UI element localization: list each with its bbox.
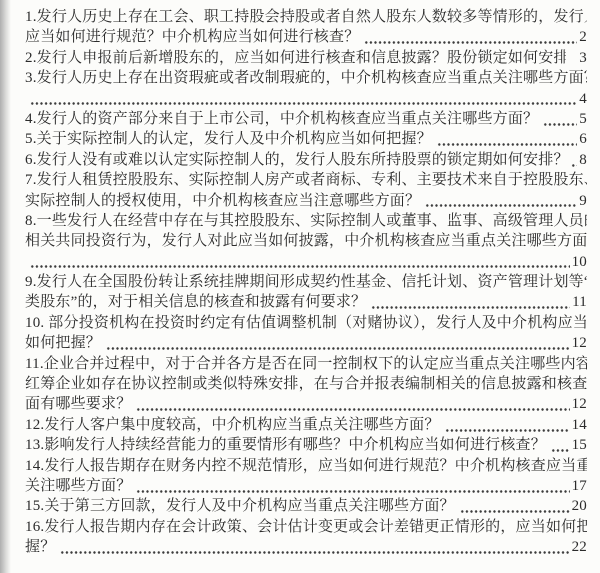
toc-entry-text: 5.关于实际控制人的认定，发行人及中介机构应当如何把握？ bbox=[25, 129, 432, 149]
document-page: 1.发行人历史上存在工会、职工持股会持股或者自然人股东人数较多等情形的，发行人应… bbox=[0, 0, 600, 573]
dot-leader bbox=[60, 537, 569, 557]
dot-leader bbox=[30, 252, 570, 272]
dot-leader bbox=[106, 333, 570, 353]
page-number: 3 bbox=[579, 48, 587, 68]
toc-line: 应当如何进行规范？中介机构应当如何进行核查？2 bbox=[25, 27, 587, 47]
toc-line: 14.发行人报告期存在财务内控不规范情形，应当如何进行规范？中介机构核查应当重点 bbox=[25, 456, 587, 476]
page-number: 5 bbox=[579, 109, 587, 129]
toc-entry: 3.发行人历史上存在出资瑕疵或者改制瑕疵的，中介机构核查应当重点关注哪些方面？4 bbox=[25, 68, 587, 109]
toc-entry: 4.发行人的资产部分来自于上市公司，中介机构核查应当重点关注哪些方面？5 bbox=[25, 109, 587, 129]
toc-line: 如何把握？12 bbox=[25, 333, 587, 353]
toc-line: 15.关于第三方回款，发行人及中介机构应当重点关注哪些方面？20 bbox=[25, 496, 587, 516]
toc-line: 10. 部分投资机构在投资时约定有估值调整机制（对赌协议），发行人及中介机构应当 bbox=[25, 313, 587, 333]
toc-entry: 5.关于实际控制人的认定，发行人及中介机构应当如何把握？6 bbox=[25, 129, 587, 149]
toc-entry: 7.发行人租赁控股股东、实际控制人房产或者商标、专利、主要技术来自于控股股东、实… bbox=[25, 170, 587, 211]
toc-line: 16.发行人报告期内存在会计政策、会计估计变更或会计差错更正情形的，应当如何把 bbox=[25, 517, 587, 537]
page-number: 15 bbox=[572, 435, 587, 455]
toc-entry-text: 实际控制人的授权使用，中介机构核查应当注意哪些方面？ bbox=[25, 191, 420, 211]
dot-leader bbox=[136, 394, 569, 414]
dot-leader bbox=[460, 496, 570, 516]
dot-leader bbox=[551, 435, 570, 455]
page-number: 11 bbox=[572, 292, 587, 312]
toc-entry-text: 12.发行人客户集中度较高，中介机构应当重点关注哪些方面？ bbox=[25, 415, 440, 435]
toc-entry: 12.发行人客户集中度较高，中介机构应当重点关注哪些方面？14 bbox=[25, 415, 587, 435]
toc-line: 9.发行人在全国股份转让系统挂牌期间形成契约性基金、信托计划、资产管理计划等“三 bbox=[25, 272, 587, 292]
toc-entry-text: 13.影响发行人持续经营能力的重要情形有哪些？中介机构应当如何进行核查？ bbox=[25, 435, 546, 455]
page-number: 6 bbox=[579, 129, 587, 149]
page-number: 20 bbox=[572, 496, 587, 516]
dot-leader bbox=[136, 476, 569, 496]
toc-line: 6.发行人没有或难以认定实际控制人的，发行人股东所持股票的锁定期如何安排？8 bbox=[25, 150, 587, 170]
toc-entry: 11.企业合并过程中，对于合并各方是否在同一控制权下的认定应当重点关注哪些内容？… bbox=[25, 354, 587, 415]
toc-line: 握？22 bbox=[25, 537, 587, 557]
toc-entry: 2.发行人申报前后新增股东的，应当如何进行核查和信息披露？股份锁定如何安排？3 bbox=[25, 48, 587, 68]
dot-leader bbox=[437, 129, 577, 149]
page-number: 2 bbox=[579, 27, 587, 47]
page-number: 10 bbox=[572, 252, 587, 272]
toc-entry: 13.影响发行人持续经营能力的重要情形有哪些？中介机构应当如何进行核查？15 bbox=[25, 435, 587, 455]
toc-line: 13.影响发行人持续经营能力的重要情形有哪些？中介机构应当如何进行核查？15 bbox=[25, 435, 587, 455]
toc-entry-text: 关注哪些方面？ bbox=[25, 476, 131, 496]
page-edge-shadow bbox=[0, 0, 11, 573]
toc-line: 4.发行人的资产部分来自于上市公司，中介机构核查应当重点关注哪些方面？5 bbox=[25, 109, 587, 129]
dot-leader bbox=[543, 109, 577, 129]
table-of-contents: 1.发行人历史上存在工会、职工持股会持股或者自然人股东人数较多等情形的，发行人应… bbox=[25, 7, 587, 558]
toc-entry: 14.发行人报告期存在财务内控不规范情形，应当如何进行规范？中介机构核查应当重点… bbox=[25, 456, 587, 497]
toc-line: 12.发行人客户集中度较高，中介机构应当重点关注哪些方面？14 bbox=[25, 415, 587, 435]
toc-entry: 10. 部分投资机构在投资时约定有估值调整机制（对赌协议），发行人及中介机构应当… bbox=[25, 313, 587, 354]
dot-leader bbox=[445, 415, 570, 435]
toc-line: 4 bbox=[25, 89, 587, 109]
page-number: 12 bbox=[572, 333, 587, 353]
toc-entry-text: 4.发行人的资产部分来自于上市公司，中介机构核查应当重点关注哪些方面？ bbox=[25, 109, 538, 129]
toc-entry: 8.一些发行人在经营中存在与其控股股东、实际控制人或董事、监事、高级管理人员的相… bbox=[25, 211, 587, 272]
toc-entry: 9.发行人在全国股份转让系统挂牌期间形成契约性基金、信托计划、资产管理计划等“三… bbox=[25, 272, 587, 313]
dot-leader bbox=[364, 27, 577, 47]
toc-entry: 1.发行人历史上存在工会、职工持股会持股或者自然人股东人数较多等情形的，发行人应… bbox=[25, 7, 587, 48]
toc-line: 2.发行人申报前后新增股东的，应当如何进行核查和信息披露？股份锁定如何安排？3 bbox=[25, 48, 587, 68]
toc-entry-text: 类股东”的，对于相关信息的核查和披露有何要求？ bbox=[25, 292, 366, 312]
toc-entry-text: 2.发行人申报前后新增股东的，应当如何进行核查和信息披露？股份锁定如何安排？ bbox=[25, 48, 566, 68]
toc-line: 1.发行人历史上存在工会、职工持股会持股或者自然人股东人数较多等情形的，发行人 bbox=[25, 7, 587, 27]
toc-line: 8.一些发行人在经营中存在与其控股股东、实际控制人或董事、监事、高级管理人员的 bbox=[25, 211, 587, 231]
dot-leader bbox=[571, 48, 577, 68]
page-number: 4 bbox=[579, 89, 587, 109]
toc-entry: 15.关于第三方回款，发行人及中介机构应当重点关注哪些方面？20 bbox=[25, 496, 587, 516]
toc-entry: 16.发行人报告期内存在会计政策、会计估计变更或会计差错更正情形的，应当如何把握… bbox=[25, 517, 587, 558]
toc-entry-text: 如何把握？ bbox=[25, 333, 101, 353]
page-number: 8 bbox=[579, 150, 587, 170]
toc-line: 类股东”的，对于相关信息的核查和披露有何要求？11 bbox=[25, 292, 587, 312]
dot-leader bbox=[571, 150, 577, 170]
dot-leader bbox=[371, 292, 570, 312]
toc-line: 面有哪些要求？12 bbox=[25, 394, 587, 414]
toc-line: 实际控制人的授权使用，中介机构核查应当注意哪些方面？9 bbox=[25, 191, 587, 211]
toc-line: 关注哪些方面？17 bbox=[25, 476, 587, 496]
toc-entry: 6.发行人没有或难以认定实际控制人的，发行人股东所持股票的锁定期如何安排？8 bbox=[25, 150, 587, 170]
toc-line: 红筹企业如存在协议控制或类似特殊安排，在与合并报表编制相关的信息披露和核查方 bbox=[25, 374, 587, 394]
toc-entry-text: 应当如何进行规范？中介机构应当如何进行核查？ bbox=[25, 27, 359, 47]
page-number: 17 bbox=[572, 476, 587, 496]
page-number: 14 bbox=[572, 415, 587, 435]
toc-entry-text: 握？ bbox=[25, 537, 55, 557]
toc-line: 7.发行人租赁控股股东、实际控制人房产或者商标、专利、主要技术来自于控股股东、 bbox=[25, 170, 587, 190]
toc-line: 10 bbox=[25, 252, 587, 272]
toc-entry-text: 15.关于第三方回款，发行人及中介机构应当重点关注哪些方面？ bbox=[25, 496, 455, 516]
toc-line: 11.企业合并过程中，对于合并各方是否在同一控制权下的认定应当重点关注哪些内容？ bbox=[25, 354, 587, 374]
dot-leader bbox=[30, 89, 577, 109]
toc-entry-text: 面有哪些要求？ bbox=[25, 394, 131, 414]
toc-line: 5.关于实际控制人的认定，发行人及中介机构应当如何把握？6 bbox=[25, 129, 587, 149]
page-number: 9 bbox=[579, 191, 587, 211]
toc-line: 3.发行人历史上存在出资瑕疵或者改制瑕疵的，中介机构核查应当重点关注哪些方面？ bbox=[25, 68, 587, 88]
toc-line: 相关共同投资行为，发行人对此应当如何披露，中介机构核查应当重点关注哪些方面？ bbox=[25, 231, 587, 251]
page-number: 12 bbox=[572, 394, 587, 414]
toc-entry-text: 6.发行人没有或难以认定实际控制人的，发行人股东所持股票的锁定期如何安排？ bbox=[25, 150, 566, 170]
page-number: 22 bbox=[572, 537, 587, 557]
dot-leader bbox=[425, 191, 577, 211]
